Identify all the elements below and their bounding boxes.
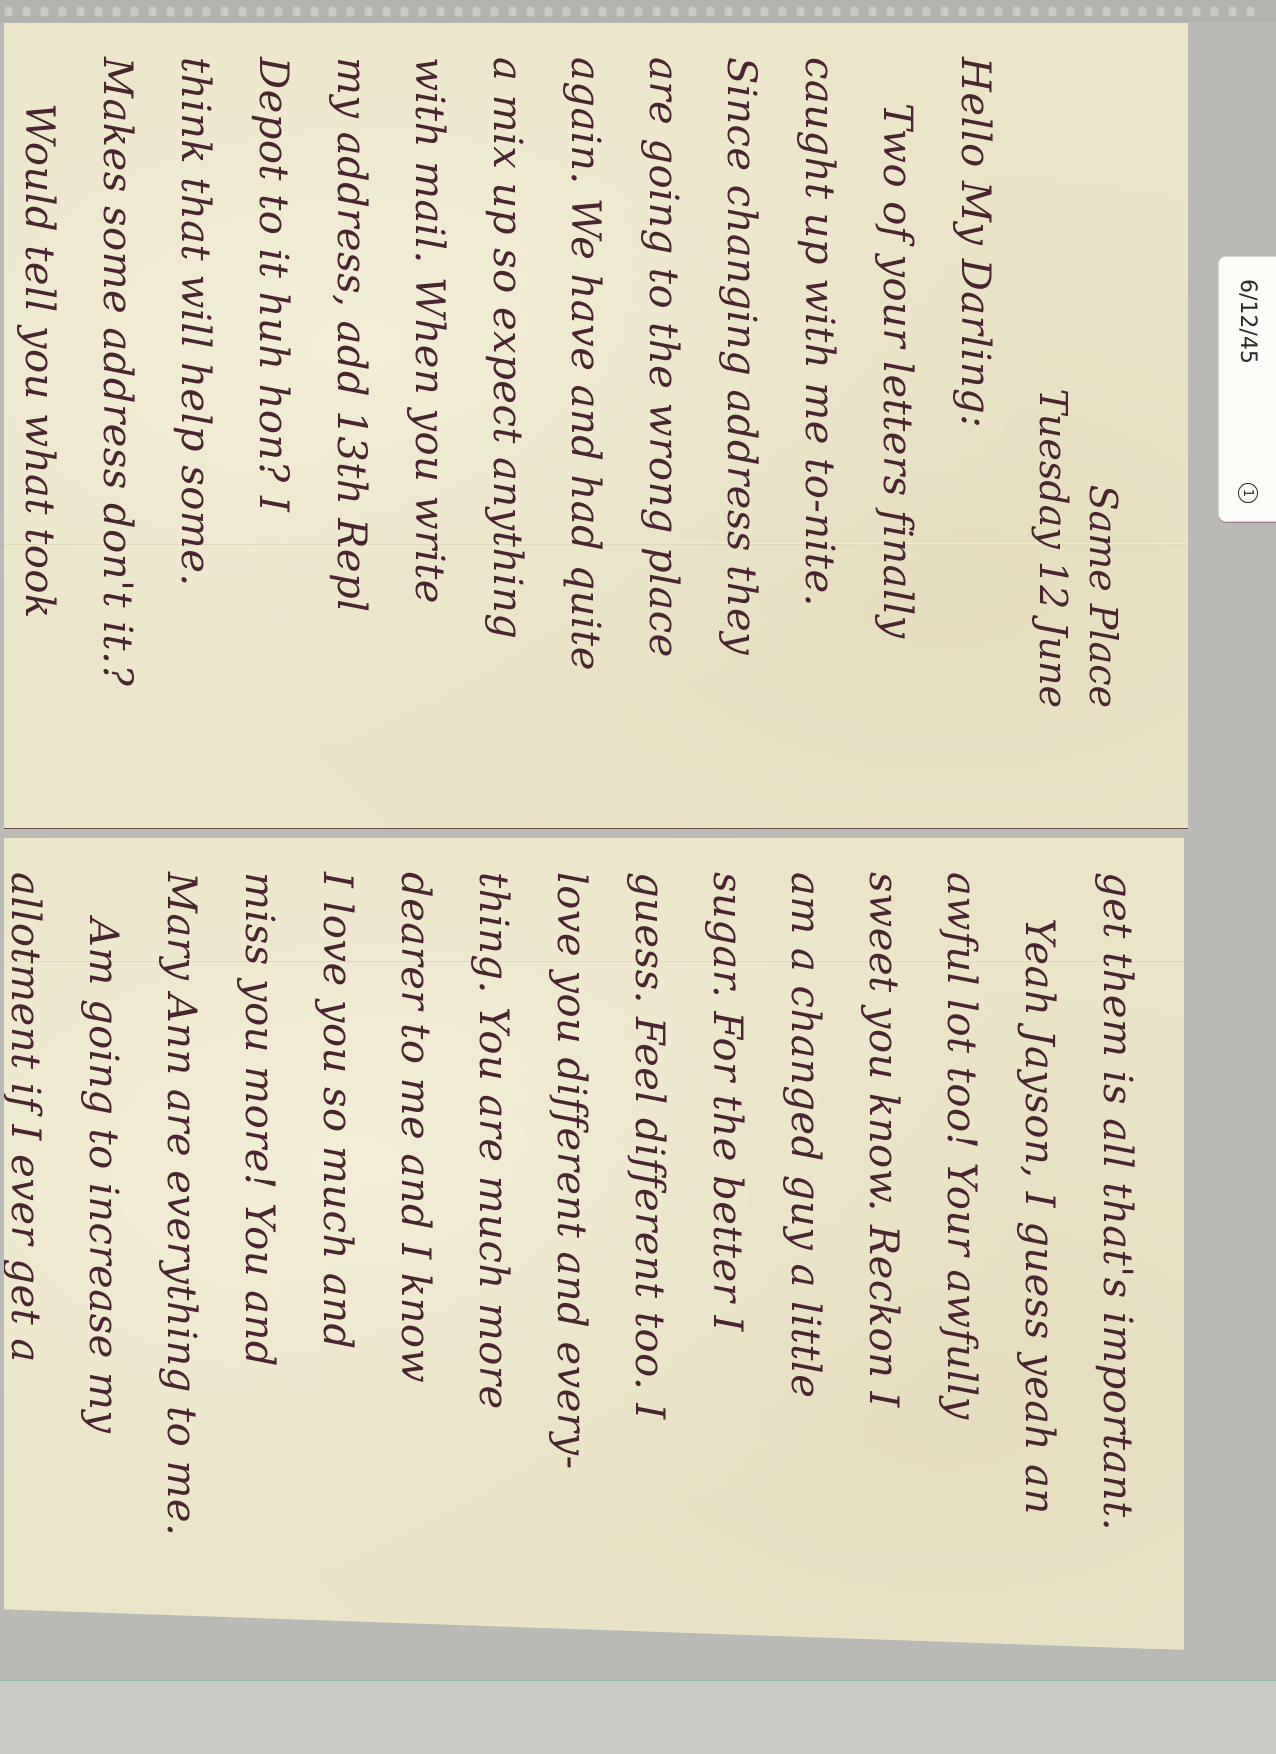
perforation-hole bbox=[220, 6, 229, 17]
perforation-hole bbox=[1228, 6, 1237, 17]
perforation-hole bbox=[472, 6, 481, 17]
perforation-hole bbox=[706, 6, 715, 17]
letter-line: guess. Feel different too. I bbox=[610, 872, 688, 1610]
perforation-hole bbox=[616, 6, 625, 17]
letter-line: sugar. For the better I bbox=[688, 872, 766, 1610]
letter-line: awful lot too! Your awfully bbox=[922, 872, 1000, 1610]
perforation-hole bbox=[112, 6, 121, 17]
letter-line: a mix up so expect anything bbox=[468, 57, 546, 788]
letter-line: Yeah Jayson, I guess yeah an bbox=[1000, 872, 1078, 1610]
perforation-hole bbox=[958, 6, 967, 17]
perforation-hole bbox=[148, 6, 157, 17]
perforation-hole bbox=[1048, 6, 1057, 17]
perforation-hole bbox=[40, 6, 49, 17]
letter-line: thing. You are much more bbox=[454, 872, 532, 1610]
page-number-circle: 1 bbox=[1238, 483, 1258, 503]
perforation-hole bbox=[796, 6, 805, 17]
perforation-hole bbox=[634, 6, 643, 17]
perforation-hole bbox=[1012, 6, 1021, 17]
letter-line: with mail. When you write bbox=[390, 57, 468, 788]
letter-line: am a changed guy a little bbox=[766, 872, 844, 1610]
perforation-hole bbox=[544, 6, 553, 17]
place-line: Same Place bbox=[1078, 57, 1128, 708]
perforation-hole bbox=[490, 6, 499, 17]
letter-line: Since changing address they bbox=[702, 57, 780, 788]
perforation-hole bbox=[1084, 6, 1093, 17]
perforation-hole bbox=[76, 6, 85, 17]
page-1-writing: Same Place Tuesday 12 June Hello My Darl… bbox=[4, 23, 1188, 828]
perforation-hole bbox=[166, 6, 175, 17]
letter-line: Am going to increase my bbox=[64, 872, 142, 1610]
perforation-hole bbox=[4, 6, 13, 17]
perforation-hole bbox=[724, 6, 733, 17]
perforation-hole bbox=[58, 6, 67, 17]
perforation-hole bbox=[184, 6, 193, 17]
letter-page-1: Same Place Tuesday 12 June Hello My Darl… bbox=[4, 23, 1188, 828]
letter-line: Depot to it huh hon? I bbox=[234, 57, 312, 788]
perforation-hole bbox=[274, 6, 283, 17]
perforation-hole bbox=[598, 6, 607, 17]
tab-date-label: 6/12/45 bbox=[1236, 279, 1261, 364]
page-2-writing: get them is all that's important. Yeah J… bbox=[4, 838, 1184, 1650]
perforation-hole bbox=[418, 6, 427, 17]
perforation-hole bbox=[1120, 6, 1129, 17]
letter-line: dearer to me and I know bbox=[376, 872, 454, 1610]
perforation-hole bbox=[454, 6, 463, 17]
perforation-hole bbox=[130, 6, 139, 17]
perforation-hole bbox=[1156, 6, 1165, 17]
perforation-hole bbox=[94, 6, 103, 17]
letter-line: get them is all that's important. bbox=[1078, 872, 1156, 1610]
letter-header: Same Place Tuesday 12 June bbox=[1028, 57, 1128, 788]
perforation-hole bbox=[868, 6, 877, 17]
perforation-hole bbox=[922, 6, 931, 17]
perforation-hole bbox=[1066, 6, 1075, 17]
salutation: Hello My Darling: bbox=[936, 57, 1014, 788]
letter-line: Would tell you what took bbox=[4, 57, 78, 788]
perforation-hole bbox=[22, 6, 31, 17]
perforation-hole bbox=[526, 6, 535, 17]
perforation-hole bbox=[1102, 6, 1111, 17]
letter-line: caught up with me to-nite. bbox=[780, 57, 858, 788]
perforation-hole bbox=[292, 6, 301, 17]
perforation-hole bbox=[976, 6, 985, 17]
scanner-sleeve-perforations bbox=[0, 0, 1276, 22]
letter-line: again. We have and had quite bbox=[546, 57, 624, 788]
date-line: Tuesday 12 June bbox=[1028, 57, 1078, 708]
letter-line: I love you so much and bbox=[298, 872, 376, 1610]
letter-page-2: get them is all that's important. Yeah J… bbox=[4, 838, 1184, 1650]
perforation-hole bbox=[1192, 6, 1201, 17]
perforation-hole bbox=[1246, 6, 1255, 17]
letter-line: miss you more! You and bbox=[220, 872, 298, 1610]
perforation-hole bbox=[364, 6, 373, 17]
perforation-hole bbox=[994, 6, 1003, 17]
perforation-hole bbox=[1174, 6, 1183, 17]
perforation-hole bbox=[940, 6, 949, 17]
perforation-hole bbox=[562, 6, 571, 17]
perforation-hole bbox=[688, 6, 697, 17]
perforation-hole bbox=[580, 6, 589, 17]
perforation-hole bbox=[760, 6, 769, 17]
perforation-hole bbox=[436, 6, 445, 17]
letter-line: love you different and every- bbox=[532, 872, 610, 1610]
perforation-hole bbox=[202, 6, 211, 17]
archive-index-tab: 6/12/45 1 bbox=[1218, 256, 1276, 522]
letter-line: Makes some address don't it.? bbox=[78, 57, 156, 788]
letter-line: Mary Ann are everything to me. bbox=[142, 872, 220, 1610]
letter-line: sweet you know. Reckon I bbox=[844, 872, 922, 1610]
perforation-hole bbox=[850, 6, 859, 17]
perforation-hole bbox=[508, 6, 517, 17]
perforation-hole bbox=[310, 6, 319, 17]
perforation-hole bbox=[832, 6, 841, 17]
perforation-hole bbox=[238, 6, 247, 17]
perforation-hole bbox=[256, 6, 265, 17]
perforation-hole bbox=[1138, 6, 1147, 17]
perforation-hole bbox=[742, 6, 751, 17]
perforation-hole bbox=[1030, 6, 1039, 17]
perforation-hole bbox=[382, 6, 391, 17]
letter-line: allotment if I ever get a bbox=[4, 872, 64, 1610]
perforation-hole bbox=[328, 6, 337, 17]
letter-line: Two of your letters finally bbox=[858, 57, 936, 788]
perforation-hole bbox=[400, 6, 409, 17]
perforation-hole bbox=[886, 6, 895, 17]
perforation-hole bbox=[652, 6, 661, 17]
letter-line: are going to the wrong place bbox=[624, 57, 702, 788]
perforation-hole bbox=[670, 6, 679, 17]
scanner-bed-lower bbox=[0, 1680, 1276, 1754]
perforation-hole bbox=[346, 6, 355, 17]
letter-line: my address, add 13th Repl bbox=[312, 57, 390, 788]
perforation-hole bbox=[1210, 6, 1219, 17]
letter-line: think that will help some. bbox=[156, 57, 234, 788]
perforation-hole bbox=[814, 6, 823, 17]
perforation-hole bbox=[778, 6, 787, 17]
perforation-hole bbox=[904, 6, 913, 17]
